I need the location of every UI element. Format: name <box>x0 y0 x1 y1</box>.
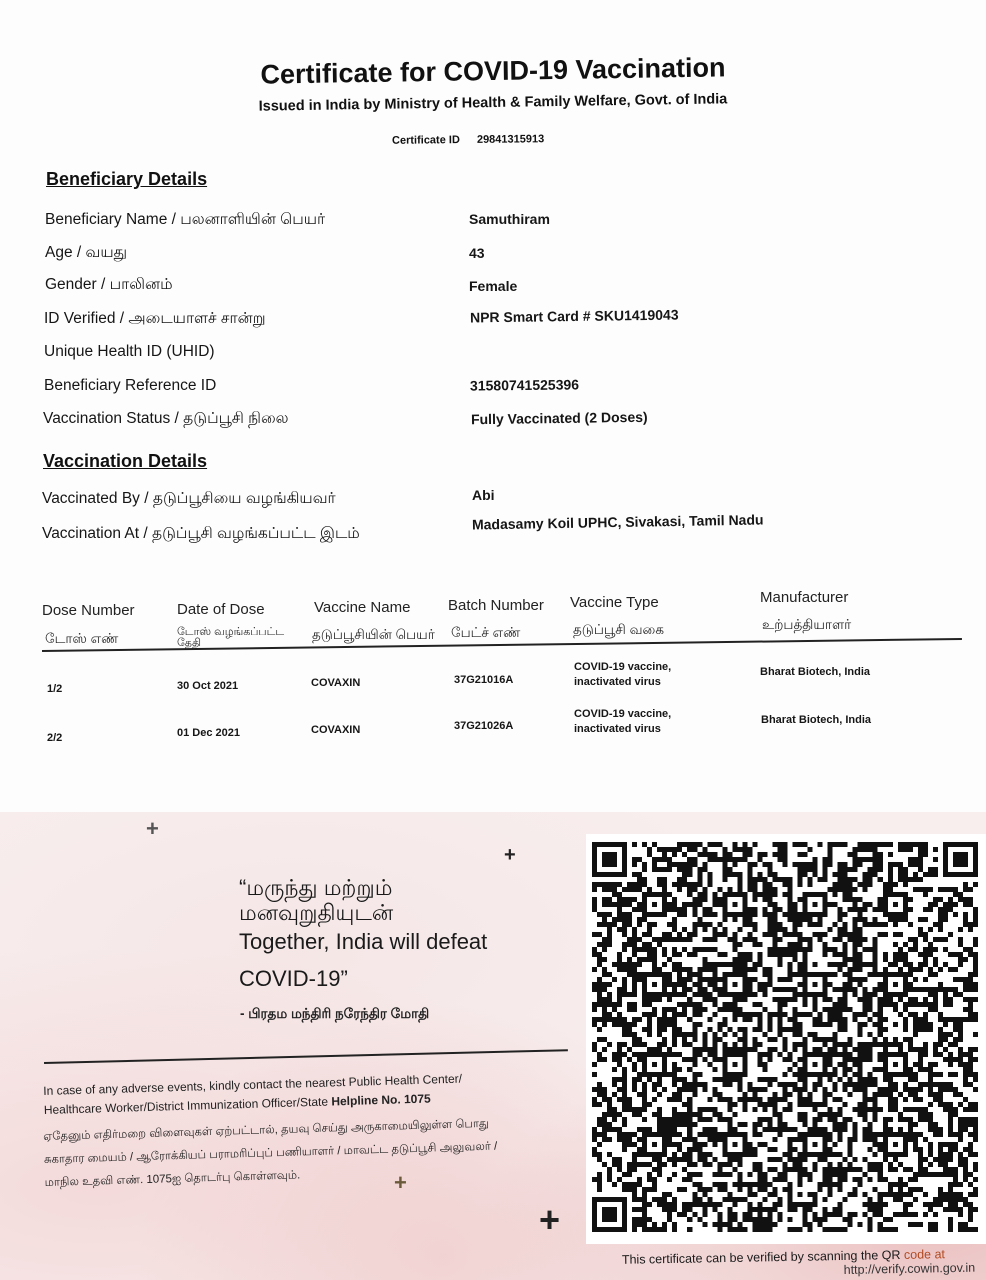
label-uhid: Unique Health ID (UHID) <box>44 343 215 361</box>
verify-note: This certificate can be verified by scan… <box>622 1247 946 1280</box>
certificate-id: Certificate ID 29841315913 <box>392 133 544 147</box>
col-header-batch-number-ta: பேட்ச் எண் <box>451 625 520 643</box>
cell-vaccine: COVAXIN <box>311 724 360 736</box>
cell-date: 01 Dec 2021 <box>177 727 240 739</box>
cell-manufacturer: Bharat Biotech, India <box>760 666 870 678</box>
label-beneficiary-name: Beneficiary Name / பலனாளியின் பெயர் <box>45 211 325 230</box>
cell-type: COVID-19 vaccine, inactivated virus <box>574 707 671 737</box>
col-header-vaccine-name-ta: தடுப்பூசியின் பெயர் <box>312 627 435 645</box>
label-id-verified: ID Verified / அடையாளச் சான்று <box>44 310 266 329</box>
col-header-vaccine-name: Vaccine Name <box>314 599 410 616</box>
qr-code-icon[interactable] <box>592 842 978 1232</box>
col-header-manufacturer: Manufacturer <box>760 589 848 606</box>
quote-tamil-line-1: “மருந்து மற்றும் <box>239 876 393 899</box>
label-vaccination-status: Vaccination Status / தடுப்பூசி நிலை <box>43 410 289 429</box>
value-vaccination-at: Madasamy Koil UPHC, Sivakasi, Tamil Nadu <box>472 511 764 532</box>
plus-mark-icon: + <box>504 845 516 865</box>
quote-attribution: - பிரதம மந்திரி நரேந்திர மோதி <box>240 1006 429 1024</box>
helpline-number: Helpline No. 1075 <box>331 1092 431 1109</box>
adverse-events-note-tamil: ஏதேனும் எதிர்மறை விளைவுகள் ஏற்பட்டால், த… <box>43 1113 498 1195</box>
col-header-date-ta: டோஸ் வழங்கப்பட்ட தேதி <box>177 627 302 649</box>
plus-mark-icon: + <box>539 1202 560 1238</box>
label-beneficiary-reference-id: Beneficiary Reference ID <box>44 377 216 395</box>
cell-vaccine: COVAXIN <box>311 677 360 689</box>
col-header-dose-number-ta: டோஸ் எண் <box>45 631 118 649</box>
col-header-dose-number: Dose Number <box>42 602 135 619</box>
certificate-title: Certificate for COVID-19 Vaccination <box>0 48 986 94</box>
col-header-manufacturer-ta: உற்பத்தியாளர் <box>762 617 851 635</box>
label-age: Age / வயது <box>45 244 127 263</box>
cell-batch: 37G21026A <box>454 720 513 732</box>
col-header-batch-number: Batch Number <box>448 597 544 614</box>
cell-type: COVID-19 vaccine, inactivated virus <box>574 660 671 690</box>
value-age: 43 <box>469 245 485 261</box>
quote-tamil-line-2: மனவுறுதியுடன் <box>239 901 393 924</box>
label-vaccinated-by: Vaccinated By / தடுப்பூசியை வழங்கியவர் <box>42 490 336 509</box>
value-vaccinated-by: Abi <box>472 487 495 503</box>
quote-english-line-2: COVID-19” <box>239 966 348 992</box>
plus-mark-icon: + <box>146 818 159 840</box>
value-beneficiary-reference-id: 31580741525396 <box>470 376 579 393</box>
certificate-id-label: Certificate ID <box>392 134 460 147</box>
cell-date: 30 Oct 2021 <box>177 680 238 692</box>
label-gender: Gender / பாலினம் <box>45 276 173 295</box>
col-header-date: Date of Dose <box>177 601 265 618</box>
cell-dose: 2/2 <box>47 732 62 744</box>
beneficiary-details-heading: Beneficiary Details <box>46 169 207 190</box>
value-vaccination-status: Fully Vaccinated (2 Doses) <box>471 409 648 427</box>
cell-batch: 37G21016A <box>454 674 513 686</box>
label-vaccination-at: Vaccination At / தடுப்பூசி வழங்கப்பட்ட இ… <box>42 525 360 544</box>
quote-english-line-1: Together, India will defeat <box>239 929 487 955</box>
cell-dose: 1/2 <box>47 683 62 695</box>
value-id-verified: NPR Smart Card # SKU1419043 <box>470 307 679 326</box>
col-header-vaccine-type: Vaccine Type <box>570 594 659 611</box>
vaccination-details-heading: Vaccination Details <box>43 451 207 472</box>
value-beneficiary-name: Samuthiram <box>469 211 550 227</box>
col-header-vaccine-type-ta: தடுப்பூசி வகை <box>573 622 664 640</box>
value-gender: Female <box>469 278 517 294</box>
certificate-id-value: 29841315913 <box>477 133 544 146</box>
cell-manufacturer: Bharat Biotech, India <box>761 714 871 726</box>
